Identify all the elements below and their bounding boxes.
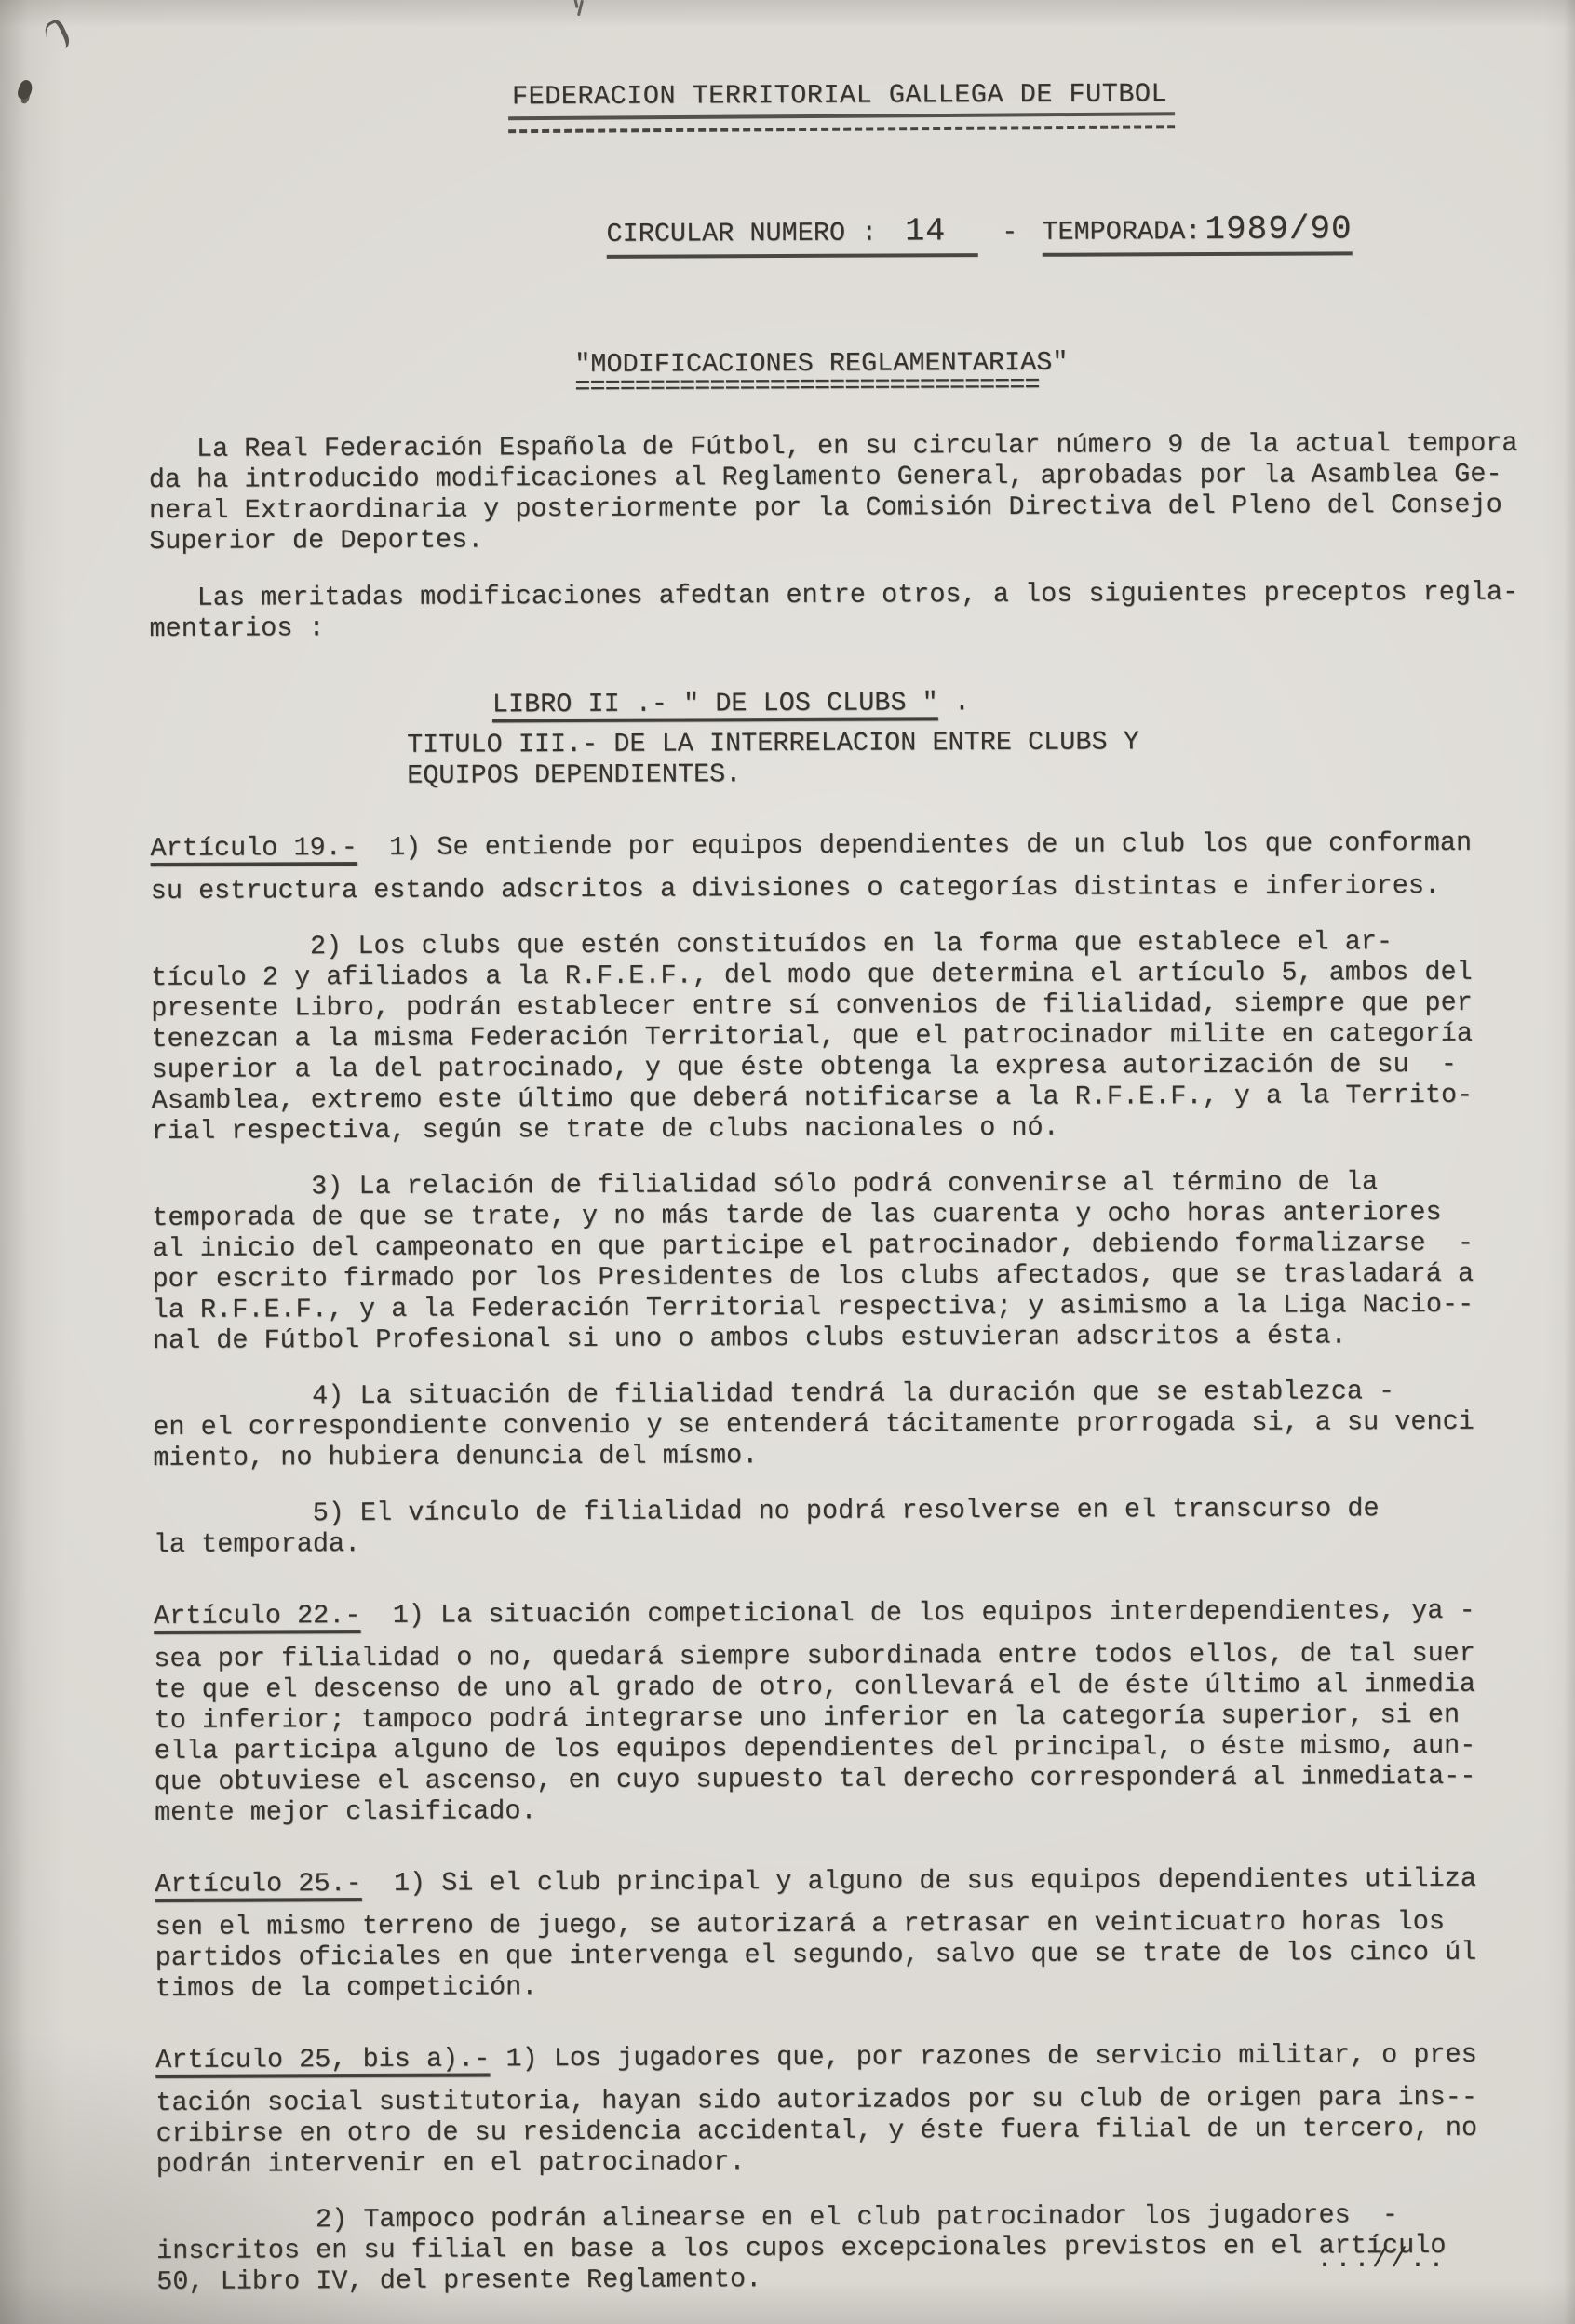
text-line: EQUIPOS DEPENDIENTES. xyxy=(407,756,1527,791)
season-group: TEMPORADA:1989/90 xyxy=(1042,213,1352,256)
text-line: mente mejor clasificado. xyxy=(155,1792,1531,1828)
article-label: LIBRO II .- " DE LOS CLUBS " xyxy=(492,687,938,719)
scanned-document: { "header": { "org_title": "FEDERACION T… xyxy=(0,0,1575,2324)
document-header: FEDERACION TERRITORIAL GALLEGA DE FUTBOL… xyxy=(147,77,1525,404)
text-line: timos de la competición. xyxy=(155,1968,1532,2004)
text-run: . xyxy=(938,687,970,718)
article-block: Artículo 19.- 1) Se entiende por equipos… xyxy=(150,827,1527,907)
text-line: Superior de Deportes. xyxy=(149,520,1526,557)
paragraph-block: 5) El vínculo de filialidad no podrá res… xyxy=(154,1493,1530,1560)
text-line: Artículo 25, bis a).- 1) Los jugadores q… xyxy=(155,2039,1532,2075)
paragraph-block: 2) Los clubs que estén constituídos en l… xyxy=(151,926,1528,1147)
article-block: Artículo 22.- 1) La situación competicio… xyxy=(154,1595,1531,1828)
text-line: partidos oficiales en que intervenga el … xyxy=(155,1937,1532,1973)
article-label: Artículo 25, bis a).- xyxy=(155,2043,490,2075)
text-line: neral Extraordinaria y posteriormente po… xyxy=(149,490,1526,526)
season-value: 1989/90 xyxy=(1205,209,1352,249)
document-page: FEDERACION TERRITORIAL GALLEGA DE FUTBOL… xyxy=(0,0,1575,2324)
text-line: LIBRO II .- " DE LOS CLUBS " . xyxy=(492,685,1527,720)
text-line: Las meritadas modificaciones afedtan ent… xyxy=(149,577,1526,613)
article-label: Artículo 25.- xyxy=(155,1868,361,1900)
text-line: Artículo 19.- 1) Se entiende por equipos… xyxy=(150,827,1527,864)
circular-number-group: CIRCULAR NUMERO :14 xyxy=(606,216,977,259)
text-run: 1) La situación competicional de los equ… xyxy=(360,1595,1474,1631)
article-block: Artículo 25.- 1) Si el club principal y … xyxy=(155,1863,1532,2004)
section-heading: TITULO III.- DE LA INTERRELACION ENTRE C… xyxy=(407,725,1527,791)
text-line: Artículo 22.- 1) La situación competicio… xyxy=(154,1595,1530,1632)
paragraph-block: Las meritadas modificaciones afedtan ent… xyxy=(149,577,1526,644)
text-line: cribirse en otro de su residencia accide… xyxy=(155,2113,1532,2149)
text-line: mentarios : xyxy=(149,608,1526,644)
page-content: FEDERACION TERRITORIAL GALLEGA DE FUTBOL… xyxy=(0,0,1575,2324)
org-title-underline xyxy=(508,112,1175,133)
text-line: Asamblea, extremo este último que deberá… xyxy=(152,1080,1528,1116)
article-label: Artículo 19.- xyxy=(150,832,357,864)
text-line: podrán intervenir en el patrocinador. xyxy=(156,2143,1533,2180)
text-line: 5) El vínculo de filialidad no podrá res… xyxy=(154,1493,1530,1529)
section-heading: LIBRO II .- " DE LOS CLUBS " . xyxy=(492,685,1527,720)
text-line: TITULO III.- DE LA INTERRELACION ENTRE C… xyxy=(407,725,1527,760)
article-label: Artículo 22.- xyxy=(154,1600,360,1632)
paragraph-block: 3) La relación de filialidad sólo podrá … xyxy=(152,1166,1529,1356)
text-line: que obtuviese el ascenso, en cuyo supues… xyxy=(155,1761,1531,1797)
org-title: FEDERACION TERRITORIAL GALLEGA DE FUTBOL xyxy=(512,77,1524,113)
text-line: la temporada. xyxy=(154,1524,1530,1560)
text-line: en el correspondiente convenio y se ente… xyxy=(153,1406,1529,1443)
text-run: 1) Si el club principal y alguno de sus … xyxy=(362,1863,1476,1899)
text-run: 1) Los jugadores que, por razones de ser… xyxy=(490,2039,1477,2075)
circular-number-line: CIRCULAR NUMERO :14-TEMPORADA:1989/90 xyxy=(478,182,1524,290)
text-run: 1) Se entiende por equipos dependientes … xyxy=(357,827,1472,863)
text-line: nal de Fútbol Profesional si uno o ambos… xyxy=(153,1320,1529,1356)
circular-number-value: 14 xyxy=(905,212,946,249)
text-line: su estructura estando adscritos a divisi… xyxy=(151,870,1528,907)
paragraph-block: La Real Federación Española de Fútbol, e… xyxy=(149,428,1527,557)
document-body: La Real Federación Española de Fútbol, e… xyxy=(149,428,1534,2297)
circular-label: CIRCULAR NUMERO : xyxy=(606,218,877,249)
text-line: rial respectiva, según se trate de clubs… xyxy=(152,1110,1528,1147)
paragraph-block: 4) La situación de filialidad tendrá la … xyxy=(153,1376,1529,1473)
text-line: Artículo 25.- 1) Si el club principal y … xyxy=(155,1863,1531,1900)
article-block: Artículo 25, bis a).- 1) Los jugadores q… xyxy=(155,2039,1533,2180)
continuation-mark: ...//.. xyxy=(1316,2245,1447,2276)
text-line: miento, no hubiera denuncia del mísmo. xyxy=(153,1437,1529,1473)
season-label: TEMPORADA: xyxy=(1042,216,1201,248)
separator-dash: - xyxy=(1002,217,1017,248)
